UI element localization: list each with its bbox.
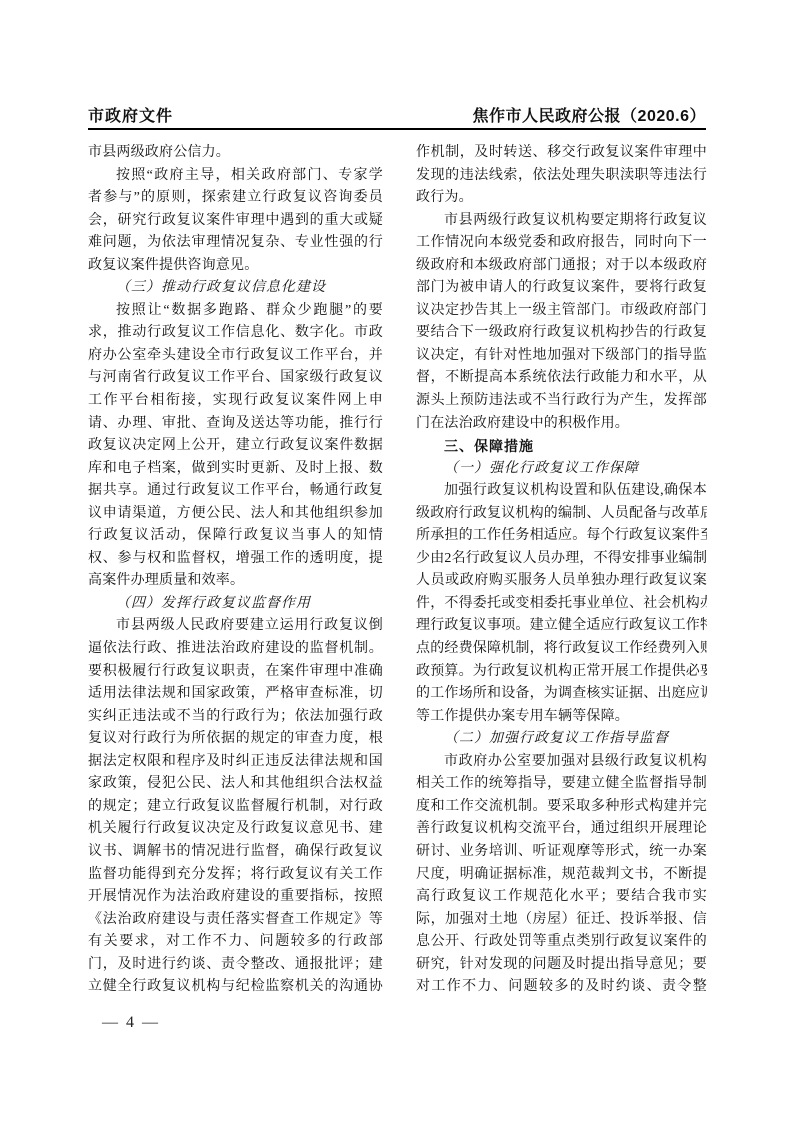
text-line: 要结合下一级政府行政复议机构抄告的行政复	[416, 322, 707, 345]
text-line: 的规定；建立行政复议监督履行机制，对行政	[88, 796, 383, 819]
text-line: 议决定，有针对性地加强对下级部门的指导监	[416, 345, 707, 368]
text-line: 按照“政府主导，相关政府部门、专家学	[88, 165, 383, 188]
text-line: 人员或政府购买服务人员单独办理行政复议案	[416, 570, 707, 593]
text-line: 少由2名行政复议人员办理，不得安排事业编制	[416, 548, 707, 571]
text-line: 立健全行政复议机构与纪检监察机关的沟通协	[88, 976, 383, 999]
text-line: 高案件办理质量和效率。	[88, 570, 383, 593]
text-line: 所承担的工作任务相适应。每个行政复议案件至	[416, 525, 707, 548]
text-line: 等工作提供办案专用车辆等保障。	[416, 706, 707, 729]
text-line: 请、办理、审批、查询及送达等功能，推行行	[88, 413, 383, 436]
text-line: 开展情况作为法治政府建设的重要指标，按照	[88, 886, 383, 909]
text-line: 求，推动行政复议工作信息化、数字化。市政	[88, 322, 383, 345]
text-line: 据法定权限和程序及时纠正违反法律法规和国	[88, 751, 383, 774]
text-line: 相关工作的统筹指导，要建立健全监督指导制	[416, 773, 707, 796]
text-line: 家政策，侵犯公民、法人和其他组织合法权益	[88, 773, 383, 796]
text-line: 工作平台相衔接，实现行政复议案件网上申	[88, 390, 383, 413]
text-line: 市县两级行政复议机构要定期将行政复议	[416, 210, 707, 233]
text-line: 高行政复议工作规范化水平；要结合我市实	[416, 886, 707, 909]
text-line: 据共享。通过行政复议工作平台，畅通行政复	[88, 480, 383, 503]
text-line: 加强行政复议机构设置和队伍建设,确保本	[416, 480, 707, 503]
subsection-heading: （四）发挥行政复议监督作用	[88, 593, 383, 616]
text-line: 要积极履行行政复议职责，在案件审理中准确	[88, 661, 383, 684]
text-line: 《法治政府建设与责任落实督查工作规定》等	[88, 909, 383, 932]
text-line: 难问题，为依法审理情况复杂、专业性强的行	[88, 232, 383, 255]
text-line: 政行为。	[416, 187, 707, 210]
text-line: 尺度，明确证据标准，规范裁判文书，不断提	[416, 864, 707, 887]
text-line: 研究，针对发现的问题及时提出指导意见；要	[416, 954, 707, 977]
text-line: 政复议决定网上公开，建立行政复议案件数据	[88, 435, 383, 458]
text-line: 监督功能得到充分发挥；将行政复议有关工作	[88, 864, 383, 887]
header-rule	[88, 128, 706, 130]
text-line: 市政府办公室要加强对县级行政复议机构	[416, 751, 707, 774]
text-line: 善行政复议机构交流平台，通过组织开展理论	[416, 818, 707, 841]
text-line: 权、参与权和监督权，增强工作的透明度，提	[88, 548, 383, 571]
subsection-heading: （二）加强行政复议工作指导监督	[416, 728, 707, 751]
text-line: 逼依法行政、推进法治政府建设的监督机制。	[88, 638, 383, 661]
text-line: 实纠正违法或不当的行政行为；依法加强行政	[88, 706, 383, 729]
text-line: 件，不得委托或变相委托事业单位、社会机构办	[416, 593, 707, 616]
text-line: 议书、调解书的情况进行监督，确保行政复议	[88, 841, 383, 864]
text-line: 议申请渠道，方便公民、法人和其他组织参加	[88, 503, 383, 526]
header-gazette-title: 焦作市人民政府公报（2020.6）	[473, 103, 706, 126]
text-line: 部门为被申请人的行政复议案件，要将行政复	[416, 277, 707, 300]
text-line: 作机制，及时转送、移交行政复议案件审理中	[416, 142, 707, 165]
text-line: 理行政复议事项。建立健全适应行政复议工作特	[416, 615, 707, 638]
text-line: 际，加强对土地（房屋）征迁、投诉举报、信	[416, 909, 707, 932]
text-line: 点的经费保障机制，将行政复议工作经费列入财	[416, 638, 707, 661]
subsection-heading: （一）强化行政复议工作保障	[416, 458, 707, 481]
text-column-right: 作机制，及时转送、移交行政复议案件审理中发现的违法线索，依法处理失职渎职等违法行…	[416, 142, 707, 999]
text-line: 会，研究行政复议案件审理中遇到的重大或疑	[88, 210, 383, 233]
text-line: 门，及时进行约谈、责令整改、通报批评；建	[88, 954, 383, 977]
text-line: 对工作不力、问题较多的及时约谈、责令整	[416, 976, 707, 999]
text-line: 机关履行行政复议决定及行政复议意见书、建	[88, 818, 383, 841]
text-line: 级政府和本级政府部门通报；对于以本级政府	[416, 255, 707, 278]
text-line: 息公开、行政处罚等重点类别行政复议案件的	[416, 931, 707, 954]
subsection-heading: （三）推动行政复议信息化建设	[88, 277, 383, 300]
page-number: — 4 —	[102, 1014, 160, 1032]
text-line: 市县两级人民政府要建立运用行政复议倒	[88, 615, 383, 638]
header-doc-category: 市政府文件	[88, 103, 173, 126]
text-line: 督，不断提高本系统依法行政能力和水平，从	[416, 367, 707, 390]
text-line: 适用法律法规和国家政策，严格审查标准，切	[88, 683, 383, 706]
text-line: 级政府行政复议机构的编制、人员配备与改革后	[416, 503, 707, 526]
text-line: 度和工作交流机制。要采取多种形式构建并完	[416, 796, 707, 819]
gazette-page: 市政府文件 焦作市人民政府公报（2020.6） 市县两级政府公信力。按照“政府主…	[0, 0, 793, 1122]
text-line: 议决定抄告其上一级主管部门。市级政府部门	[416, 300, 707, 323]
text-line: 与河南省行政复议工作平台、国家级行政复议	[88, 367, 383, 390]
text-line: 行政复议活动，保障行政复议当事人的知情	[88, 525, 383, 548]
text-line: 府办公室牵头建设全市行政复议工作平台，并	[88, 345, 383, 368]
text-line: 源头上预防违法或不当行政行为产生，发挥部	[416, 390, 707, 413]
text-line: 政复议案件提供咨询意见。	[88, 255, 383, 278]
text-line: 按照让“数据多跑路、群众少跑腿”的要	[88, 300, 383, 323]
text-line: 者参与”的原则，探索建立行政复议咨询委员	[88, 187, 383, 210]
text-line: 市县两级政府公信力。	[88, 142, 383, 165]
text-line: 门在法治政府建设中的积极作用。	[416, 413, 707, 436]
text-line: 工作情况向本级党委和政府报告，同时向下一	[416, 232, 707, 255]
text-line: 发现的违法线索，依法处理失职渎职等违法行	[416, 165, 707, 188]
text-line: 研讨、业务培训、听证观摩等形式，统一办案	[416, 841, 707, 864]
section-heading: 三、保障措施	[416, 435, 707, 458]
text-line: 有关要求，对工作不力、问题较多的行政部	[88, 931, 383, 954]
text-line: 政预算。为行政复议机构正常开展工作提供必要	[416, 661, 707, 684]
text-column-left: 市县两级政府公信力。按照“政府主导，相关政府部门、专家学者参与”的原则，探索建立…	[88, 142, 383, 999]
text-line: 库和电子档案，做到实时更新、及时上报、数	[88, 458, 383, 481]
text-line: 的工作场所和设备，为调查核实证据、出庭应诉	[416, 683, 707, 706]
text-line: 复议对行政行为所依据的规定的审查力度，根	[88, 728, 383, 751]
